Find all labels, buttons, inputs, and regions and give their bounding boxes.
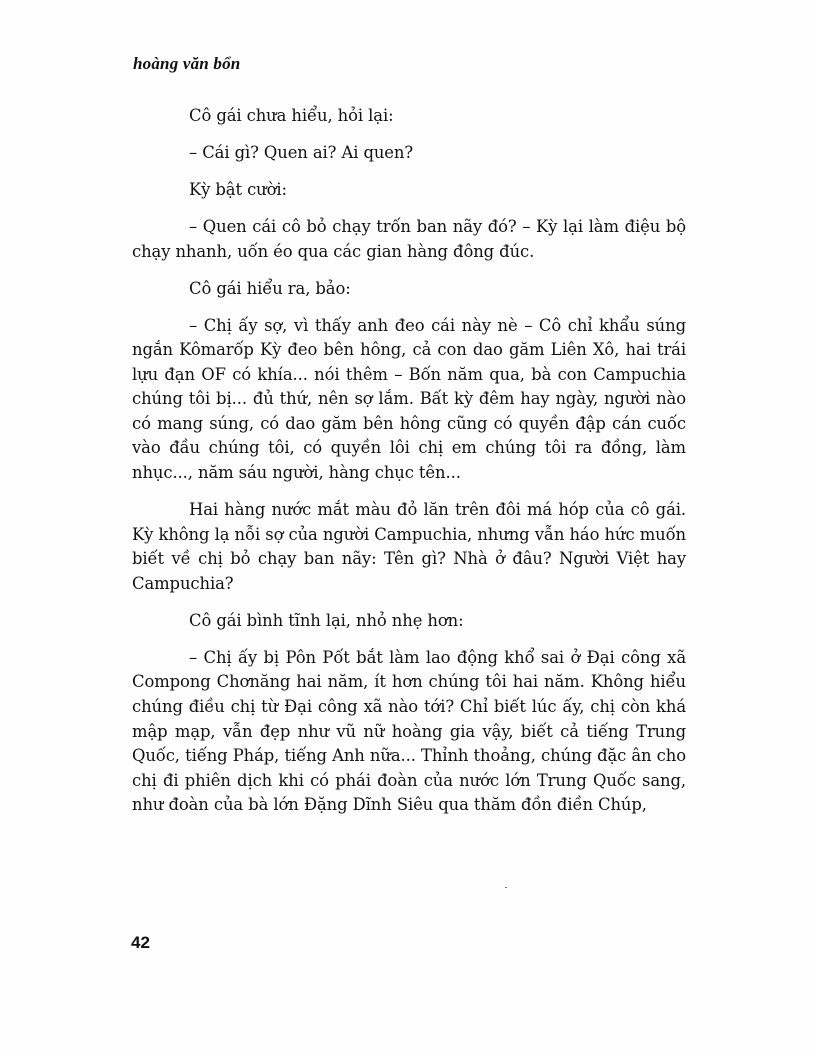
paragraph: – Chị ấy sợ, vì thấy anh đeo cái này nè … — [132, 314, 686, 486]
book-page: hoàng văn bổn Cô gái chưa hiểu, hỏi lại:… — [0, 0, 816, 1056]
paragraph: Cô gái bình tĩnh lại, nhỏ nhẹ hơn: — [132, 609, 686, 634]
paragraph: Kỳ bật cười: — [132, 178, 686, 203]
paragraph: Cô gái chưa hiểu, hỏi lại: — [132, 104, 686, 129]
paragraph: – Chị ấy bị Pôn Pốt bắt làm lao động khổ… — [132, 646, 686, 818]
paragraph: Hai hàng nước mắt màu đỏ lăn trên đôi má… — [132, 498, 686, 596]
running-head-author: hoàng văn bổn — [133, 54, 240, 74]
body-text: Cô gái chưa hiểu, hỏi lại: – Cái gì? Que… — [132, 104, 686, 830]
paragraph: – Quen cái cô bỏ chạy trốn ban nãy đó? –… — [132, 215, 686, 264]
scan-artifact — [505, 887, 507, 888]
paragraph: – Cái gì? Quen ai? Ai quen? — [132, 141, 686, 166]
page-number: 42 — [131, 933, 150, 953]
paragraph: Cô gái hiểu ra, bảo: — [132, 277, 686, 302]
